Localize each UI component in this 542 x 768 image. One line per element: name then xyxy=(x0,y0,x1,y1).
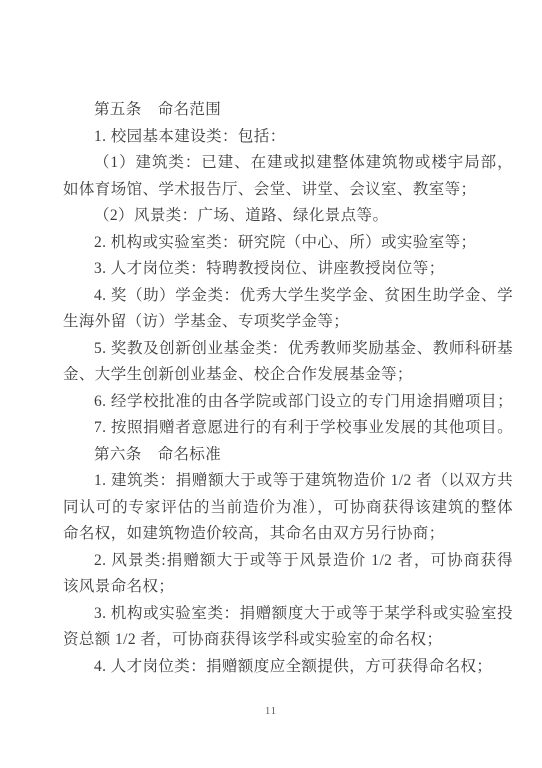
page-number: 11 xyxy=(0,706,542,717)
text-line: （1）建筑类：已建、在建或拟建整体建筑物或楼宇局部， xyxy=(63,150,513,177)
text-line: 生海外留（访）学基金、专项奖学金等； xyxy=(63,309,513,336)
text-line: （2）风景类：广场、道路、绿化景点等。 xyxy=(63,203,513,230)
text-line: 7. 按照捐赠者意愿进行的有利于学校事业发展的其他项目。 xyxy=(63,415,513,442)
text-line: 第六条 命名标准 xyxy=(63,442,513,469)
text-line: 金、大学生创新创业基金、校企合作发展基金等； xyxy=(63,362,513,389)
document-page: 第五条 命名范围1. 校园基本建设类：包括：（1）建筑类：已建、在建或拟建整体建… xyxy=(0,0,542,768)
text-line: 1. 建筑类：捐赠额大于或等于建筑物造价 1/2 者（以双方共 xyxy=(63,468,513,495)
text-line: 2. 风景类:捐赠额大于或等于风景造价 1/2 者，可协商获得 xyxy=(63,548,513,575)
text-line: 1. 校园基本建设类：包括： xyxy=(63,124,513,151)
text-line: 5. 奖教及创新创业基金类：优秀教师奖励基金、教师科研基 xyxy=(63,336,513,363)
text-block: 第五条 命名范围1. 校园基本建设类：包括：（1）建筑类：已建、在建或拟建整体建… xyxy=(63,97,513,680)
text-line: 3. 机构或实验室类：捐赠额度大于或等于某学科或实验室投 xyxy=(63,601,513,628)
text-line: 2. 机构或实验室类：研究院（中心、所）或实验室等； xyxy=(63,230,513,257)
text-line: 资总额 1/2 者，可协商获得该学科或实验室的命名权； xyxy=(63,627,513,654)
text-line: 第五条 命名范围 xyxy=(63,97,513,124)
text-line: 4. 人才岗位类：捐赠额度应全额提供，方可获得命名权； xyxy=(63,654,513,681)
text-line: 同认可的专家评估的当前造价为准），可协商获得该建筑的整体 xyxy=(63,495,513,522)
text-line: 命名权，如建筑物造价较高，其命名由双方另行协商； xyxy=(63,521,513,548)
text-line: 4. 奖（助）学金类：优秀大学生奖学金、贫困生助学金、学 xyxy=(63,283,513,310)
text-line: 如体育场馆、学术报告厅、会堂、讲堂、会议室、教室等； xyxy=(63,177,513,204)
text-line: 该风景命名权； xyxy=(63,574,513,601)
text-line: 6. 经学校批准的由各学院或部门设立的专门用途捐赠项目； xyxy=(63,389,513,416)
text-line: 3. 人才岗位类：特聘教授岗位、讲座教授岗位等； xyxy=(63,256,513,283)
